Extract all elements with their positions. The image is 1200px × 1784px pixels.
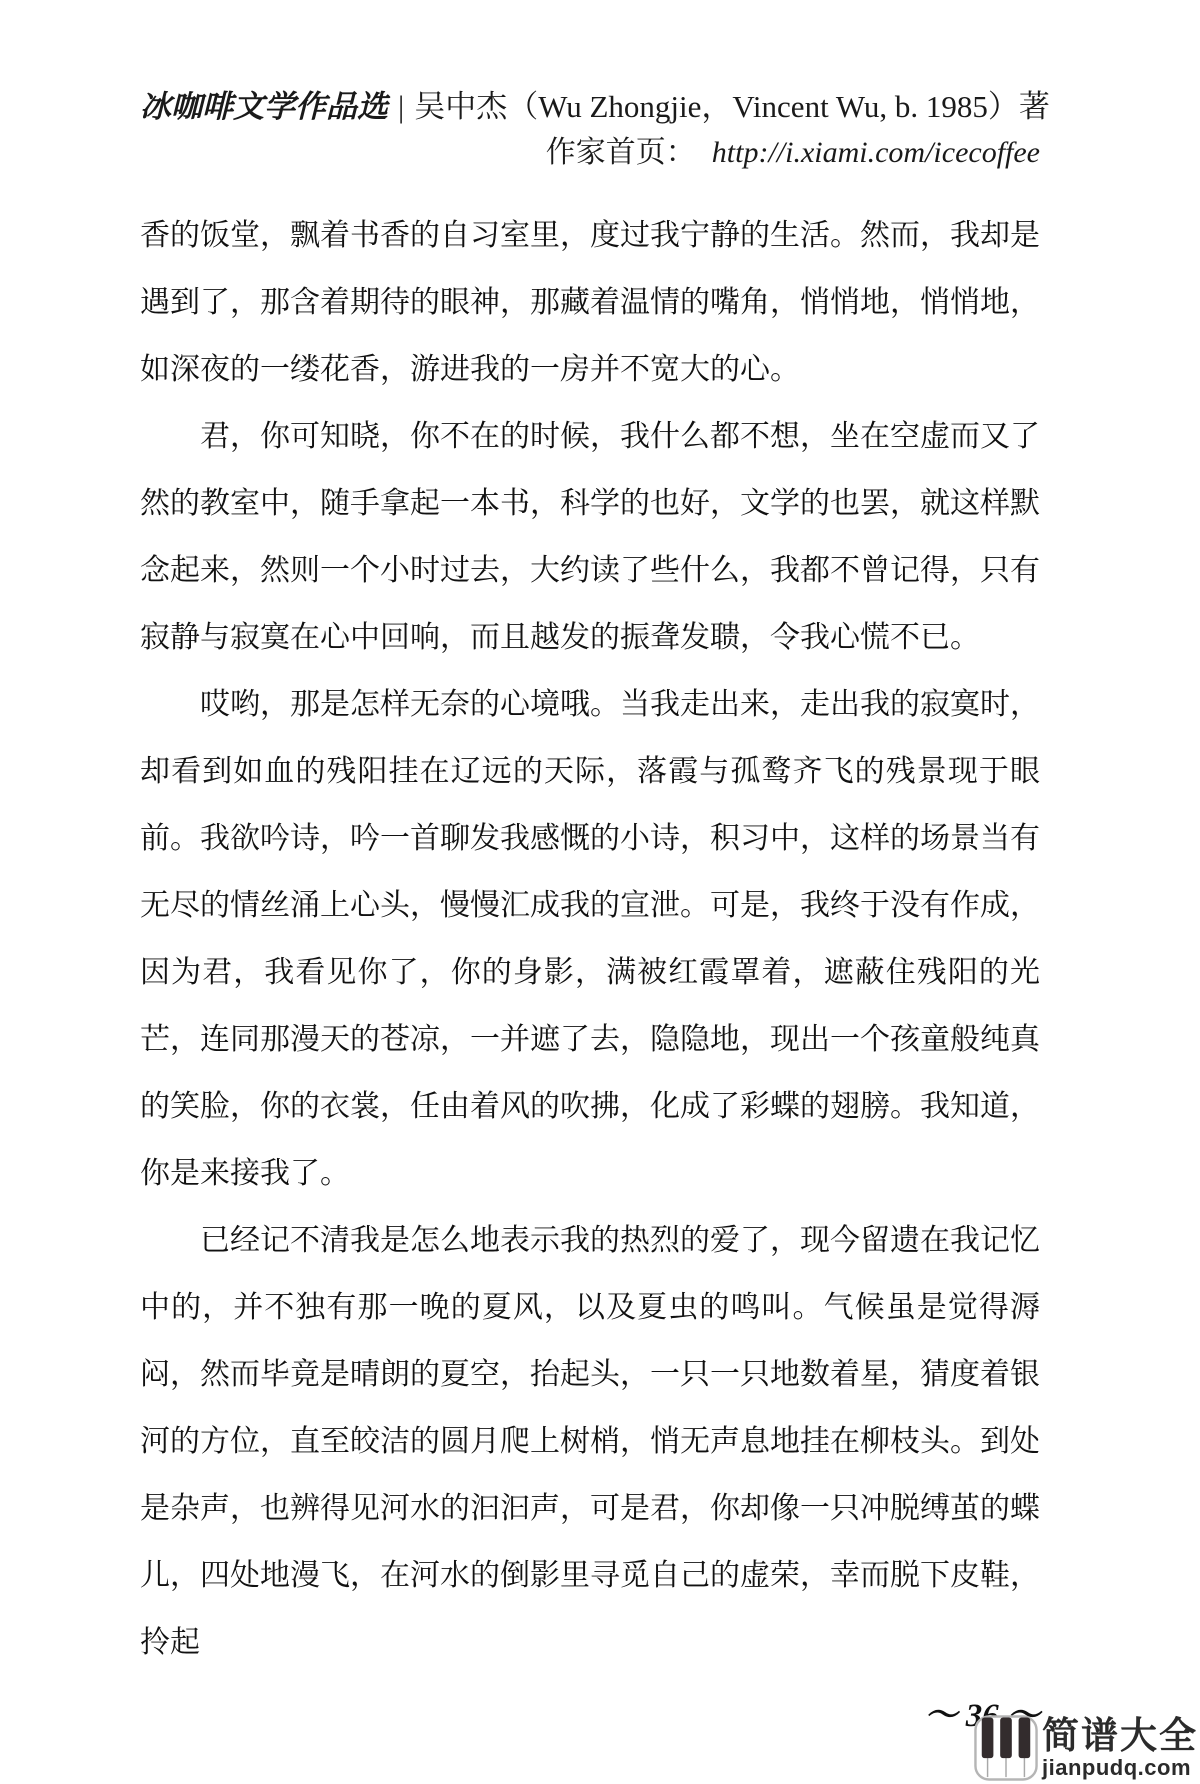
paragraph: 君，你可知晓，你不在的时候，我什么都不想，坐在空虚而又了然的教室中，随手拿起一本…: [140, 403, 1040, 671]
page-footer: ～ 36 ～: [140, 1694, 1040, 1738]
watermark-text: 简谱大全 jianpudq.com: [1042, 1715, 1198, 1780]
author-name: 吴中杰（Wu Zhongjie，Vincent Wu, b. 1985）著: [414, 89, 1050, 124]
paragraph: 哎哟，那是怎样无奈的心境哦。当我走出来，走出我的寂寞时，却看到如血的残阳挂在辽远…: [140, 671, 1040, 1207]
header-separator: |: [398, 89, 404, 124]
paragraph: 已经记不清我是怎么地表示我的热烈的爱了，现今留遗在我记忆中的，并不独有那一晚的夏…: [140, 1207, 1040, 1676]
author-homepage-line: 作家首页：http://i.xiami.com/icecoffee: [140, 130, 1040, 176]
body-text: 香的饭堂，飘着书香的自习室里，度过我宁静的生活。然而，我却是遇到了，那含着期待的…: [140, 202, 1040, 1676]
brand-domain: jianpudq.com: [1042, 1756, 1198, 1780]
homepage-label: 作家首页：: [546, 136, 696, 169]
book-title: 冰咖啡文学作品选: [140, 89, 388, 124]
watermark-logo: 简谱大全 jianpudq.com: [974, 1715, 1198, 1781]
paragraph: 香的饭堂，飘着书香的自习室里，度过我宁静的生活。然而，我却是遇到了，那含着期待的…: [140, 202, 1040, 403]
document-page: 冰咖啡文学作品选|吴中杰（Wu Zhongjie，Vincent Wu, b. …: [0, 0, 1200, 1784]
page-header: 冰咖啡文学作品选|吴中杰（Wu Zhongjie，Vincent Wu, b. …: [140, 0, 1040, 130]
piano-keys-icon: [974, 1715, 1038, 1781]
homepage-url: http://i.xiami.com/icecoffee: [712, 136, 1040, 169]
brand-name: 简谱大全: [1042, 1715, 1198, 1756]
